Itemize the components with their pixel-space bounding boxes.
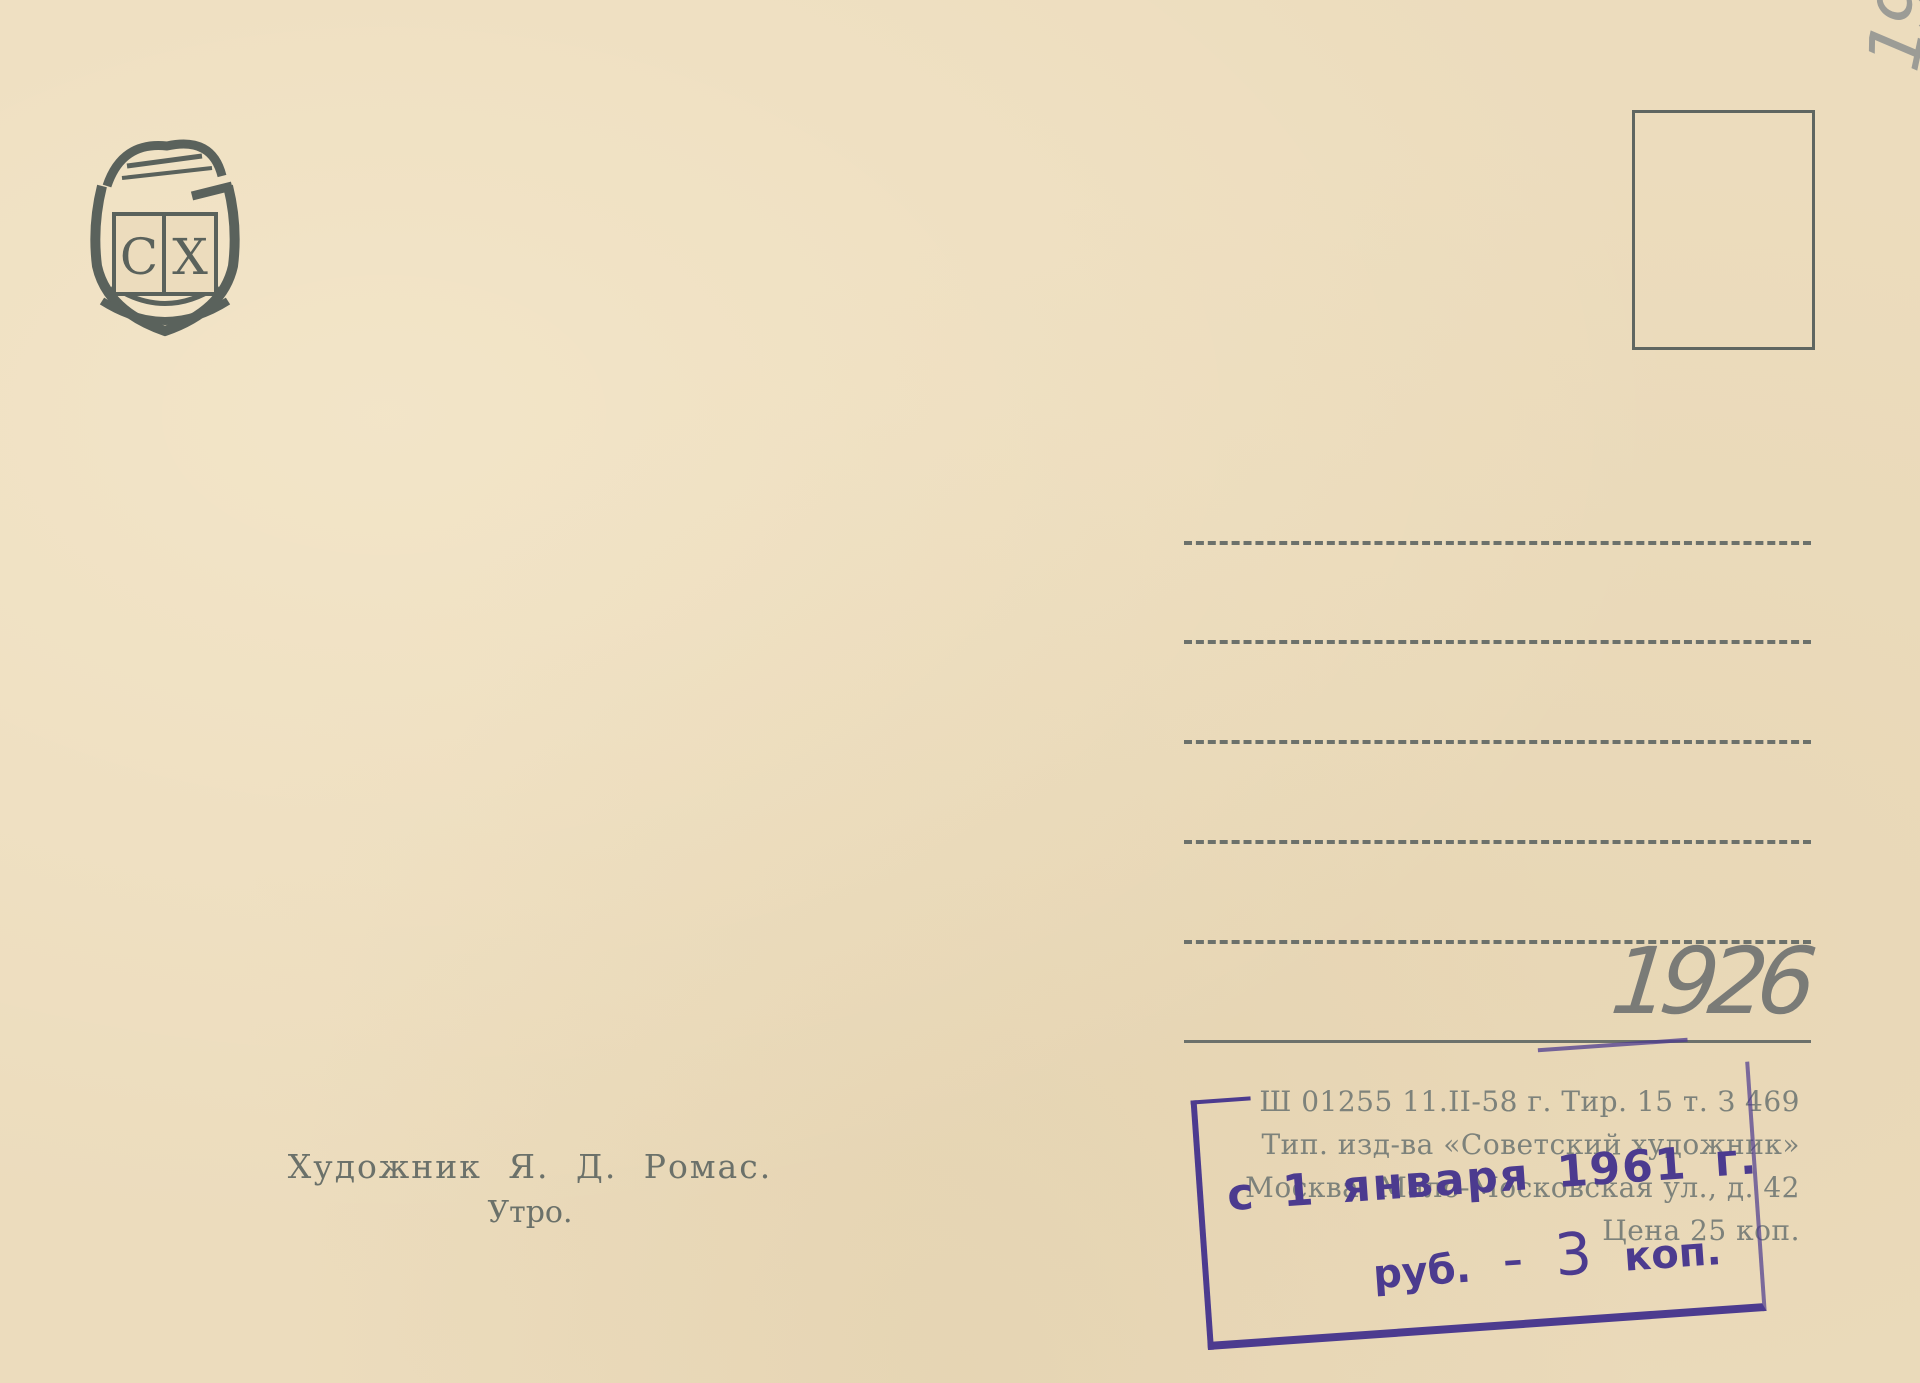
artist-name: Художник Я. Д. Ромас. [250, 1143, 810, 1191]
publisher-logo: С Х [72, 126, 258, 338]
stamp-rub-label: руб. [1372, 1246, 1473, 1299]
stamp-amount: 3 [1553, 1219, 1595, 1289]
address-line-1 [1184, 541, 1811, 545]
svg-text:Х: Х [172, 228, 208, 286]
handwritten-year-address: 1926 [1606, 928, 1811, 1035]
address-line-solid [1184, 1040, 1811, 1043]
price-revaluation-stamp: с 1 января 1961 г. руб. - 3 коп. [1191, 1062, 1767, 1350]
address-line-3 [1184, 740, 1811, 744]
artwork-title: Утро. [250, 1191, 810, 1235]
address-line-4 [1184, 840, 1811, 844]
stamp-kop-label: коп. [1622, 1228, 1722, 1281]
stamp-dash: - [1500, 1224, 1526, 1293]
handwritten-year-top: 1929 [1850, 0, 1920, 78]
address-line-2 [1184, 640, 1811, 644]
book-emblem-icon: С Х [72, 126, 258, 338]
artwork-caption: Художник Я. Д. Ромас. Утро. [250, 1143, 810, 1235]
postage-stamp-placeholder [1632, 110, 1815, 350]
svg-text:С: С [120, 228, 158, 286]
